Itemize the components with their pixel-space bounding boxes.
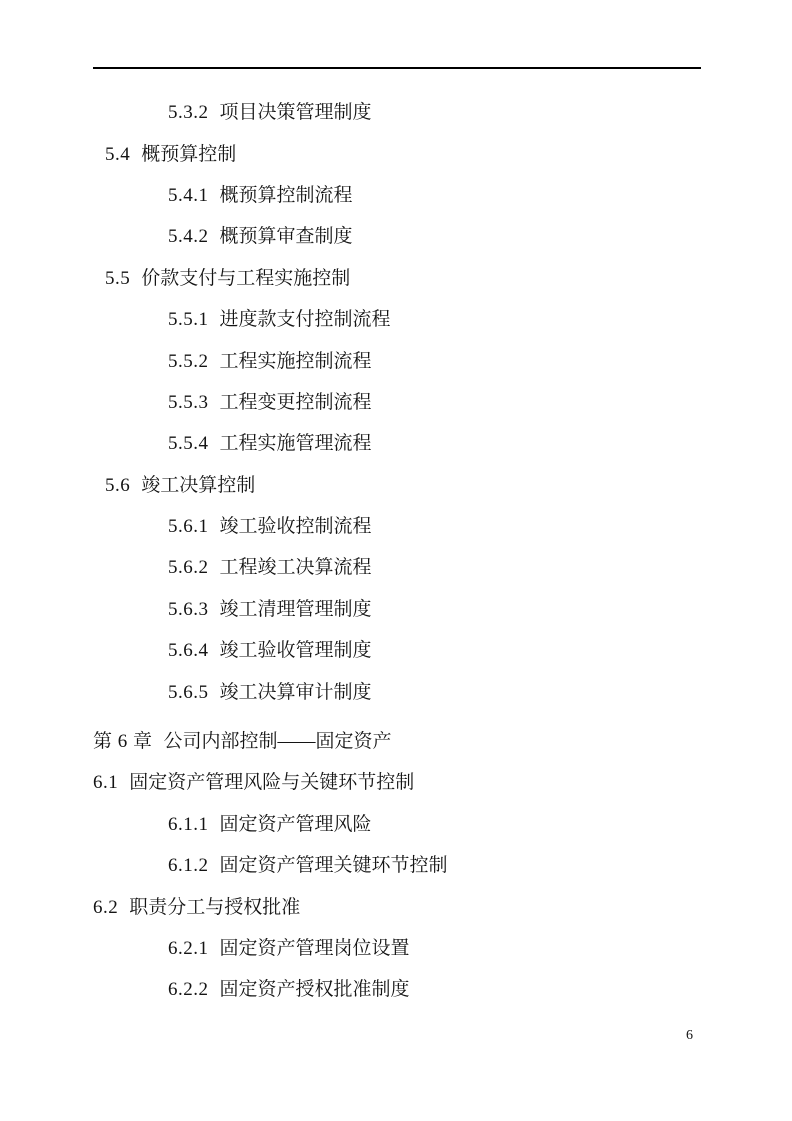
toc-entry-number: 5.5.3 bbox=[168, 393, 209, 412]
toc-entry: 第 6 章公司内部控制——固定资产 bbox=[0, 721, 792, 762]
toc-entry-number: 5.3.2 bbox=[168, 103, 209, 122]
toc-entry-number: 6.2.1 bbox=[168, 939, 209, 958]
toc-entry-number: 5.6.5 bbox=[168, 683, 209, 702]
toc-entry-number: 6.1 bbox=[93, 773, 118, 792]
toc-entry-title: 固定资产管理风险 bbox=[220, 815, 372, 834]
toc-entry: 5.6.5竣工决算审计制度 bbox=[0, 671, 792, 712]
toc-entry: 5.5.1进度款支付控制流程 bbox=[0, 299, 792, 340]
toc-entry-title: 项目决策管理制度 bbox=[220, 103, 372, 122]
toc-entry: 5.6.4竣工验收管理制度 bbox=[0, 630, 792, 671]
toc-entry-title: 工程变更控制流程 bbox=[220, 393, 372, 412]
toc-entry-title: 公司内部控制——固定资产 bbox=[164, 732, 392, 751]
document-page: 5.3.2项目决策管理制度5.4概预算控制5.4.1概预算控制流程5.4.2概预… bbox=[0, 0, 792, 1121]
toc-entry-title: 概预算审查制度 bbox=[220, 227, 353, 246]
toc-entry-title: 价款支付与工程实施控制 bbox=[141, 269, 350, 288]
toc-entry-number: 6.1.2 bbox=[168, 856, 209, 875]
toc-entry-title: 竣工清理管理制度 bbox=[220, 600, 372, 619]
toc-entry-number: 5.5.1 bbox=[168, 310, 209, 329]
toc-entry-title: 概预算控制 bbox=[141, 145, 236, 164]
toc-entry-title: 概预算控制流程 bbox=[220, 186, 353, 205]
toc-entry-number: 第 6 章 bbox=[93, 732, 153, 751]
toc-entry: 5.4.2概预算审查制度 bbox=[0, 216, 792, 257]
header-rule bbox=[93, 67, 701, 69]
toc-entry: 5.3.2项目决策管理制度 bbox=[0, 92, 792, 133]
toc-entry-title: 工程实施控制流程 bbox=[220, 352, 372, 371]
toc-list: 5.3.2项目决策管理制度5.4概预算控制5.4.1概预算控制流程5.4.2概预… bbox=[0, 92, 792, 1011]
toc-entry: 5.5.3工程变更控制流程 bbox=[0, 382, 792, 423]
page-number: 6 bbox=[686, 1029, 693, 1043]
toc-entry: 5.4概预算控制 bbox=[0, 133, 792, 174]
toc-entry-title: 固定资产授权批准制度 bbox=[220, 980, 410, 999]
toc-entry-title: 职责分工与授权批准 bbox=[129, 898, 300, 917]
toc-entry: 6.1固定资产管理风险与关键环节控制 bbox=[0, 762, 792, 803]
toc-entry: 6.2职责分工与授权批准 bbox=[0, 886, 792, 927]
toc-entry-number: 5.6.2 bbox=[168, 558, 209, 577]
toc-entry-title: 工程实施管理流程 bbox=[220, 434, 372, 453]
toc-entry-number: 5.6 bbox=[105, 476, 130, 495]
toc-entry-title: 竣工决算审计制度 bbox=[220, 683, 372, 702]
toc-entry-title: 固定资产管理关键环节控制 bbox=[220, 856, 448, 875]
toc-entry-number: 5.4 bbox=[105, 145, 130, 164]
toc-entry: 5.4.1概预算控制流程 bbox=[0, 175, 792, 216]
toc-entry-title: 固定资产管理风险与关键环节控制 bbox=[129, 773, 414, 792]
toc-entry: 5.6.1竣工验收控制流程 bbox=[0, 506, 792, 547]
toc-entry-title: 竣工验收控制流程 bbox=[220, 517, 372, 536]
toc-entry: 5.5.2工程实施控制流程 bbox=[0, 340, 792, 381]
toc-entry: 6.2.1固定资产管理岗位设置 bbox=[0, 928, 792, 969]
toc-entry-number: 5.4.2 bbox=[168, 227, 209, 246]
toc-entry-number: 5.6.1 bbox=[168, 517, 209, 536]
toc-entry-title: 固定资产管理岗位设置 bbox=[220, 939, 410, 958]
toc-entry-number: 6.2 bbox=[93, 898, 118, 917]
toc-entry-number: 5.6.3 bbox=[168, 600, 209, 619]
toc-entry: 5.6.3竣工清理管理制度 bbox=[0, 589, 792, 630]
toc-entry: 5.5价款支付与工程实施控制 bbox=[0, 258, 792, 299]
toc-entry-number: 5.6.4 bbox=[168, 641, 209, 660]
toc-entry-title: 工程竣工决算流程 bbox=[220, 558, 372, 577]
toc-entry-number: 6.2.2 bbox=[168, 980, 209, 999]
toc-entry-title: 竣工验收管理制度 bbox=[220, 641, 372, 660]
toc-entry: 5.6竣工决算控制 bbox=[0, 465, 792, 506]
toc-entry-number: 5.5 bbox=[105, 269, 130, 288]
toc-entry-number: 5.4.1 bbox=[168, 186, 209, 205]
toc-entry-number: 5.5.2 bbox=[168, 352, 209, 371]
toc-entry: 6.1.2固定资产管理关键环节控制 bbox=[0, 845, 792, 886]
toc-entry: 6.1.1固定资产管理风险 bbox=[0, 804, 792, 845]
toc-entry: 5.6.2工程竣工决算流程 bbox=[0, 547, 792, 588]
toc-entry-title: 竣工决算控制 bbox=[141, 476, 255, 495]
toc-entry-number: 6.1.1 bbox=[168, 815, 209, 834]
toc-entry: 6.2.2固定资产授权批准制度 bbox=[0, 969, 792, 1010]
toc-entry-title: 进度款支付控制流程 bbox=[220, 310, 391, 329]
toc-entry-number: 5.5.4 bbox=[168, 434, 209, 453]
toc-entry: 5.5.4工程实施管理流程 bbox=[0, 423, 792, 464]
